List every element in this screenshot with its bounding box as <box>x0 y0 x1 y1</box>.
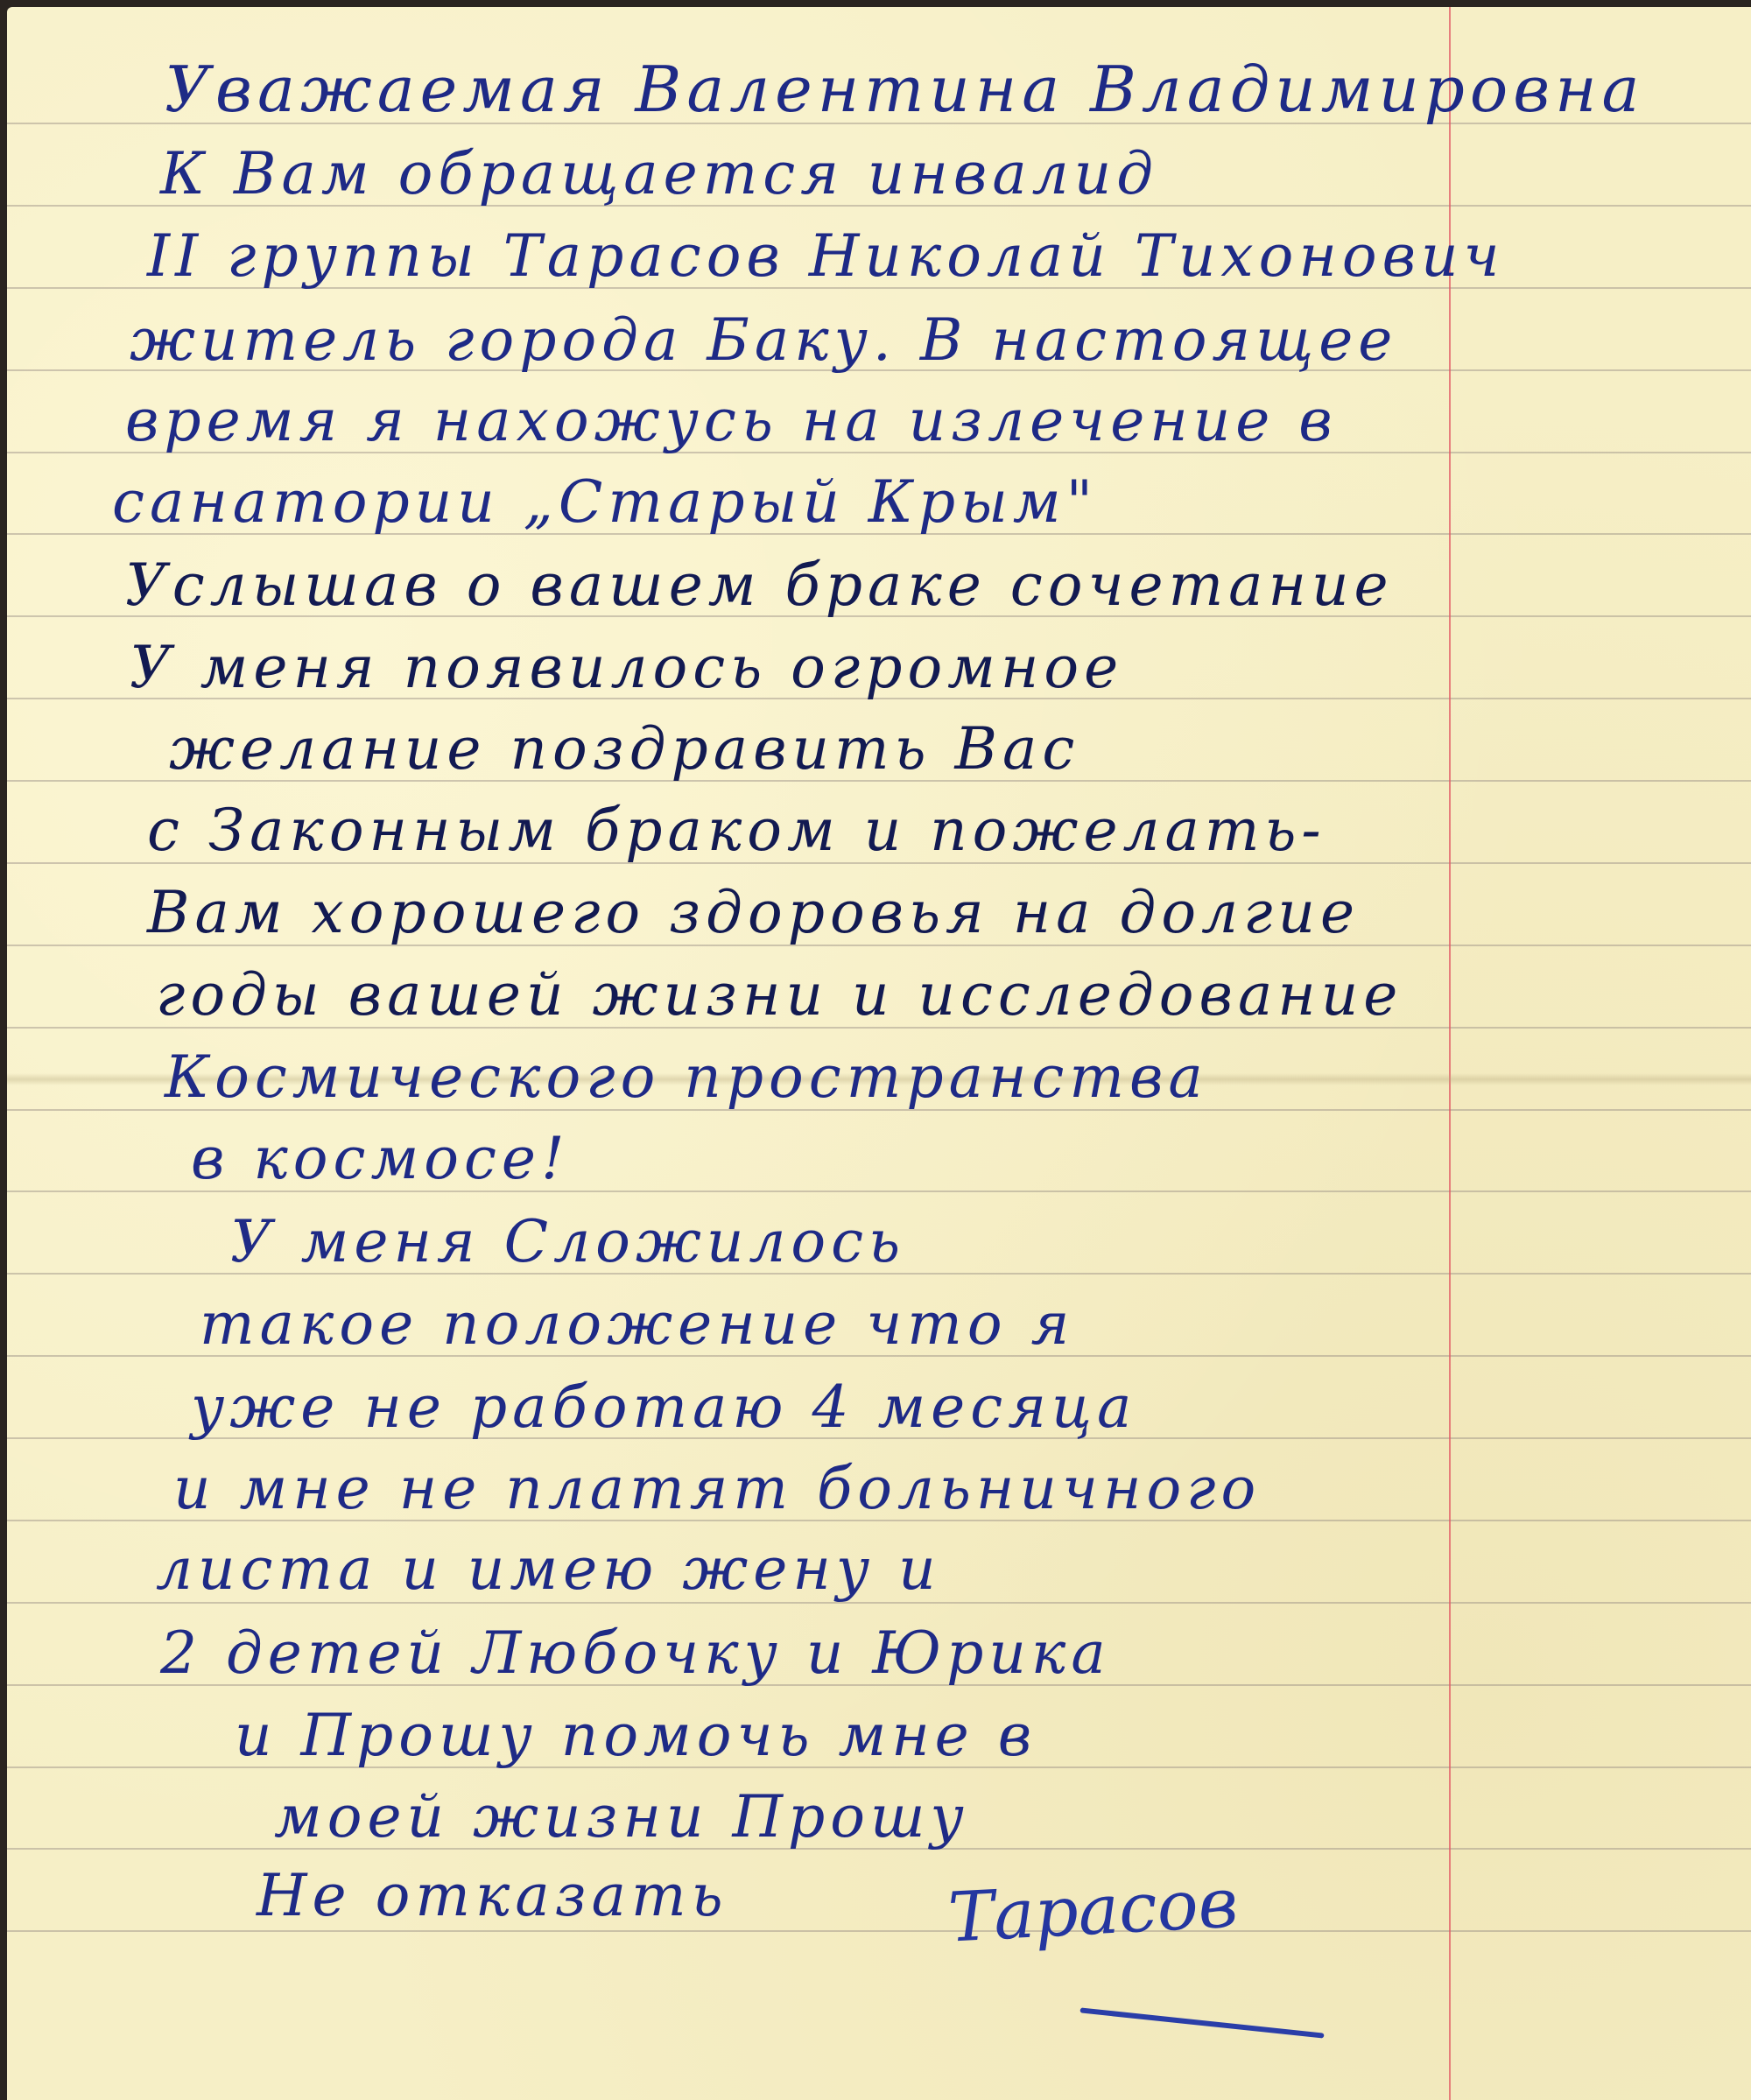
letter-line: с Законным браком и пожелать- <box>147 802 1326 860</box>
letter-line: К Вам обращается инвалид <box>160 145 1158 203</box>
letter-line: желание поздравить Вас <box>169 720 1079 778</box>
margin-line <box>1449 7 1451 2100</box>
letter-page: Уважаемая Валентина Владимировна К Вам о… <box>7 7 1751 2100</box>
letter-line: житель города Баку. В настоящее <box>130 312 1397 369</box>
letter-line: такое положение что я <box>200 1296 1074 1353</box>
letter-line: Уважаемая Валентина Владимировна <box>165 58 1644 121</box>
letter-line: Не отказать <box>257 1867 728 1925</box>
letter-line: уже не работаю 4 месяца <box>191 1379 1136 1436</box>
signature-underline <box>1079 2007 1324 2038</box>
letter-line: годы вашей жизни и исследование <box>156 966 1403 1024</box>
letter-line: время я нахожусь на излечение в <box>125 392 1338 450</box>
letter-line: У меня появилось огромное <box>130 639 1123 697</box>
letter-line: санатории „Старый Крым" <box>112 474 1098 531</box>
letter-line: 2 детей Любочку и Юрика <box>160 1625 1111 1682</box>
letter-line: Вам хорошего здоровья на долгие <box>147 884 1360 942</box>
signature: Тарасов <box>946 1864 1240 1957</box>
letter-line: листа и имею жену и <box>156 1541 941 1598</box>
letter-line: У меня Сложилось <box>230 1213 905 1271</box>
letter-line: Космического пространства <box>165 1049 1208 1106</box>
letter-line: в космосе! <box>191 1130 570 1188</box>
ruled-line <box>7 1930 1751 1932</box>
letter-line: и мне не платят больничного <box>173 1460 1261 1518</box>
letter-line: II группы Тарасов Николай Тихонович <box>147 228 1505 285</box>
letter-line: Услышав о вашем браке сочетание <box>125 557 1394 615</box>
letter-line: моей жизни Прошу <box>274 1788 969 1846</box>
letter-line: и Прошу помочь мне в <box>235 1707 1037 1765</box>
